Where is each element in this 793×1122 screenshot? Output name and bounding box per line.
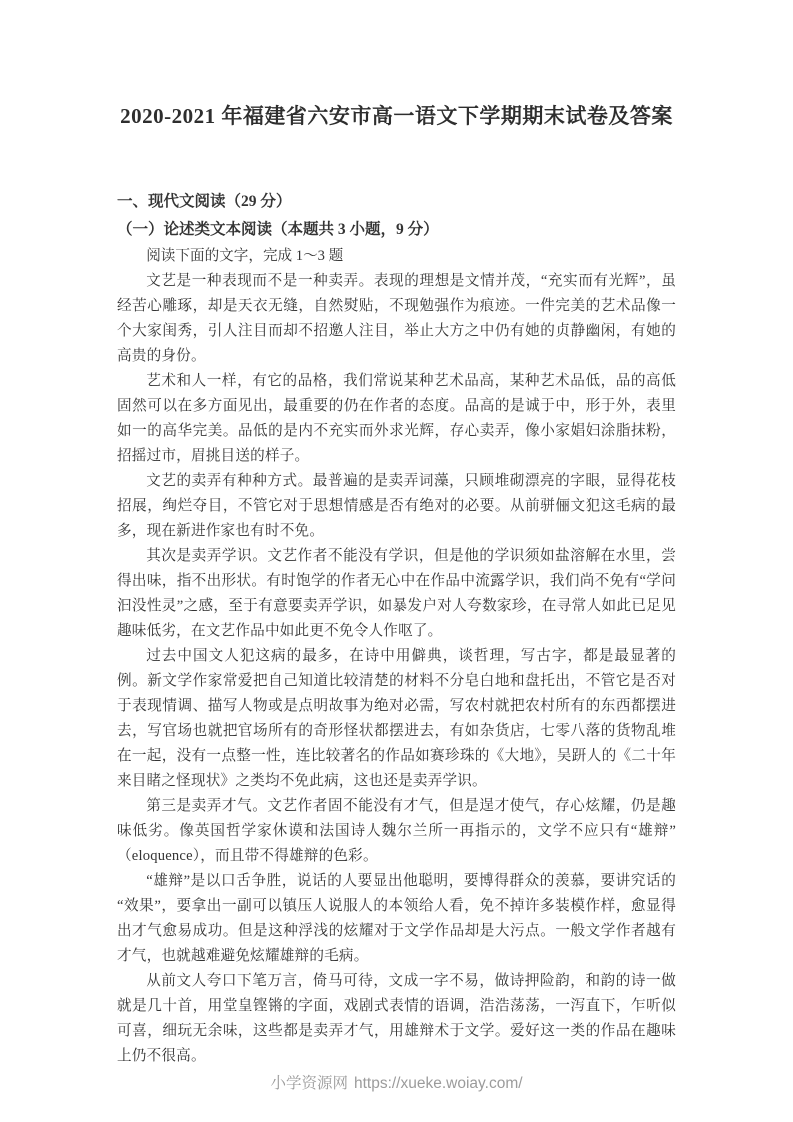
- body-paragraph-2: 艺术和人一样，有它的品格，我们常说某种艺术品高，某种艺术品低，品的高低固然可以在…: [117, 369, 676, 469]
- section-heading-modern-reading: 一、现代文阅读（29 分）: [117, 190, 676, 213]
- document-title: 2020-2021 年福建省六安市高一语文下学期期末试卷及答案: [117, 0, 676, 132]
- body-paragraph-6: 第三是卖弄才气。文艺作者固不能没有才气，但是逞才使气，存心炫耀，仍是趣味低劣。像…: [117, 794, 676, 869]
- document-content: 2020-2021 年福建省六安市高一语文下学期期末试卷及答案 一、现代文阅读（…: [0, 0, 793, 1069]
- reading-instruction: 阅读下面的文字，完成 1～3 题: [117, 244, 676, 269]
- footer-site-name: 小学资源网: [270, 1075, 348, 1092]
- body-paragraph-8: 从前文人夸口下笔万言，倚马可待，文成一字不易，做诗押险韵，和韵的诗一做就是几十首…: [117, 969, 676, 1069]
- body-paragraph-3: 文艺的卖弄有种种方式。最普遍的是卖弄词藻，只顾堆砌漂亮的字眼，显得花枝招展，绚烂…: [117, 469, 676, 544]
- body-paragraph-5: 过去中国文人犯这病的最多，在诗中用僻典，谈哲理，写古字，都是最显著的例。新文学作…: [117, 644, 676, 794]
- footer-watermark: 小学资源网https://xueke.woiay.com/: [0, 1073, 793, 1095]
- body-paragraph-7: “雄辩”是以口舌争胜，说话的人要显出他聪明，要博得群众的羡慕，要讲究话的“效果”…: [117, 869, 676, 969]
- footer-url: https://xueke.woiay.com/: [354, 1075, 523, 1092]
- body-paragraph-4: 其次是卖弄学识。文艺作者不能没有学识，但是他的学识须如盐溶解在水里，尝得出味，指…: [117, 544, 676, 644]
- subsection-heading-argumentative-reading: （一）论述类文本阅读（本题共 3 小题，9 分）: [117, 218, 676, 241]
- body-paragraph-1: 文艺是一种表现而不是一种卖弄。表现的理想是文情并茂，“充实而有光辉”，虽经苦心雕…: [117, 269, 676, 369]
- document-page: 2020-2021 年福建省六安市高一语文下学期期末试卷及答案 一、现代文阅读（…: [0, 0, 793, 1122]
